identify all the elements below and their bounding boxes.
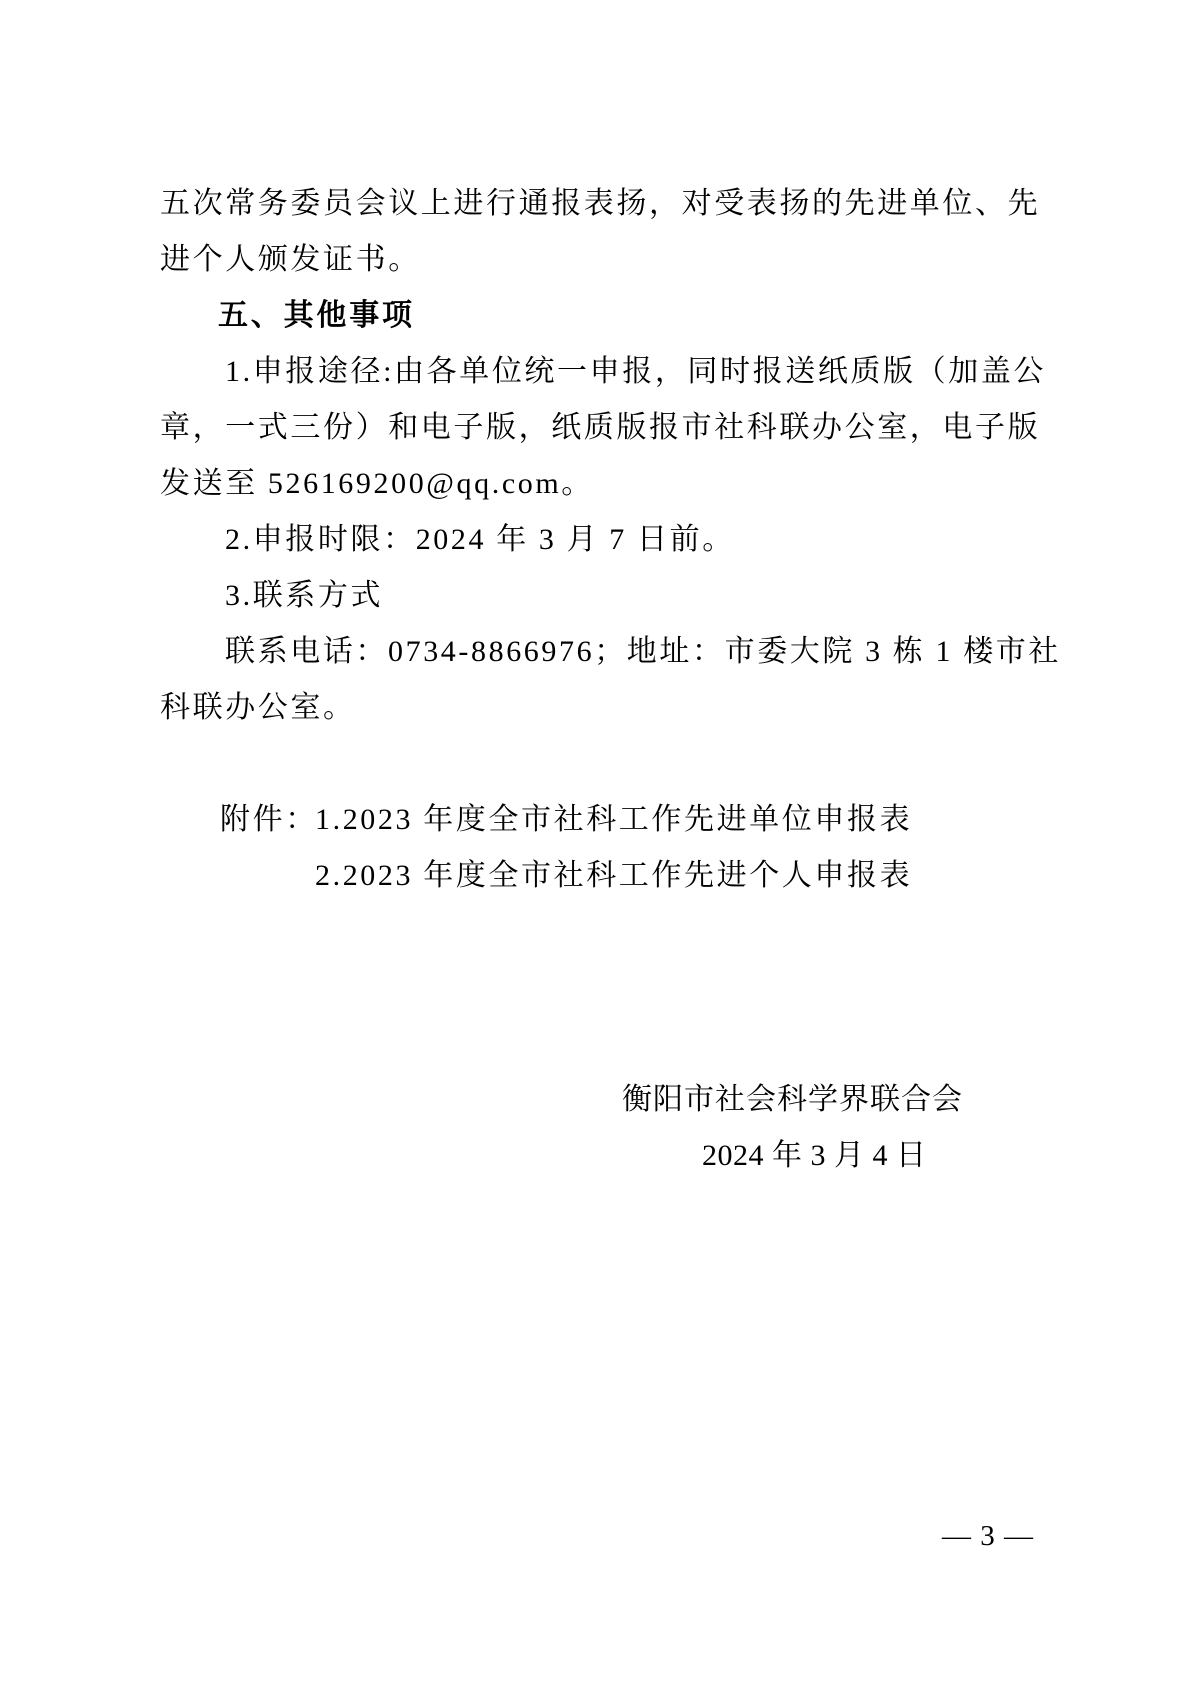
attachment-item: 1.2023 年度全市社科工作先进单位申报表: [315, 792, 1040, 848]
body-text-line: 五次常务委员会议上进行通报表扬，对受表扬的先进单位、先: [160, 176, 1040, 232]
attachments-block: 附件： 1.2023 年度全市社科工作先进单位申报表 2.2023 年度全市社科…: [160, 792, 1040, 904]
blank-line: [160, 736, 1040, 792]
section-heading: 五、其他事项: [160, 288, 1040, 344]
paragraph-continuation: 五次常务委员会议上进行通报表扬，对受表扬的先进单位、先 进个人颁发证书。: [160, 176, 1040, 288]
paragraph-item3: 3.联系方式: [160, 568, 1040, 624]
body-text-line: 1.申报途径:由各单位统一申报，同时报送纸质版（加盖公: [160, 344, 1040, 400]
body-text-line: 联系电话：0734-8866976；地址：市委大院 3 栋 1 楼市社: [160, 624, 1040, 680]
blank-space: [160, 904, 1040, 1072]
body-text-line: 进个人颁发证书。: [160, 232, 1040, 288]
signature-date: 2024 年 3 月 4 日: [702, 1128, 1040, 1184]
paragraph-item1: 1.申报途径:由各单位统一申报，同时报送纸质版（加盖公 章，一式三份）和电子版，…: [160, 344, 1040, 512]
body-text-line: 发送至 526169200@qq.com。: [160, 456, 1040, 512]
body-text-line: 章，一式三份）和电子版，纸质版报市社科联办公室，电子版: [160, 400, 1040, 456]
attachments-label: 附件：: [220, 792, 318, 848]
paragraph-contact: 联系电话：0734-8866976；地址：市委大院 3 栋 1 楼市社 科联办公…: [160, 624, 1040, 736]
page-number: — 3 —: [942, 1508, 1034, 1564]
document-page: 五次常务委员会议上进行通报表扬，对受表扬的先进单位、先 进个人颁发证书。 五、其…: [0, 0, 1191, 1684]
document-body: 五次常务委员会议上进行通报表扬，对受表扬的先进单位、先 进个人颁发证书。 五、其…: [160, 176, 1040, 1184]
body-text-line: 科联办公室。: [160, 680, 1040, 736]
attachment-item: 2.2023 年度全市社科工作先进个人申报表: [315, 848, 1040, 904]
paragraph-item2: 2.申报时限：2024 年 3 月 7 日前。: [160, 512, 1040, 568]
signature-org: 衡阳市社会科学界联合会: [622, 1072, 1040, 1128]
